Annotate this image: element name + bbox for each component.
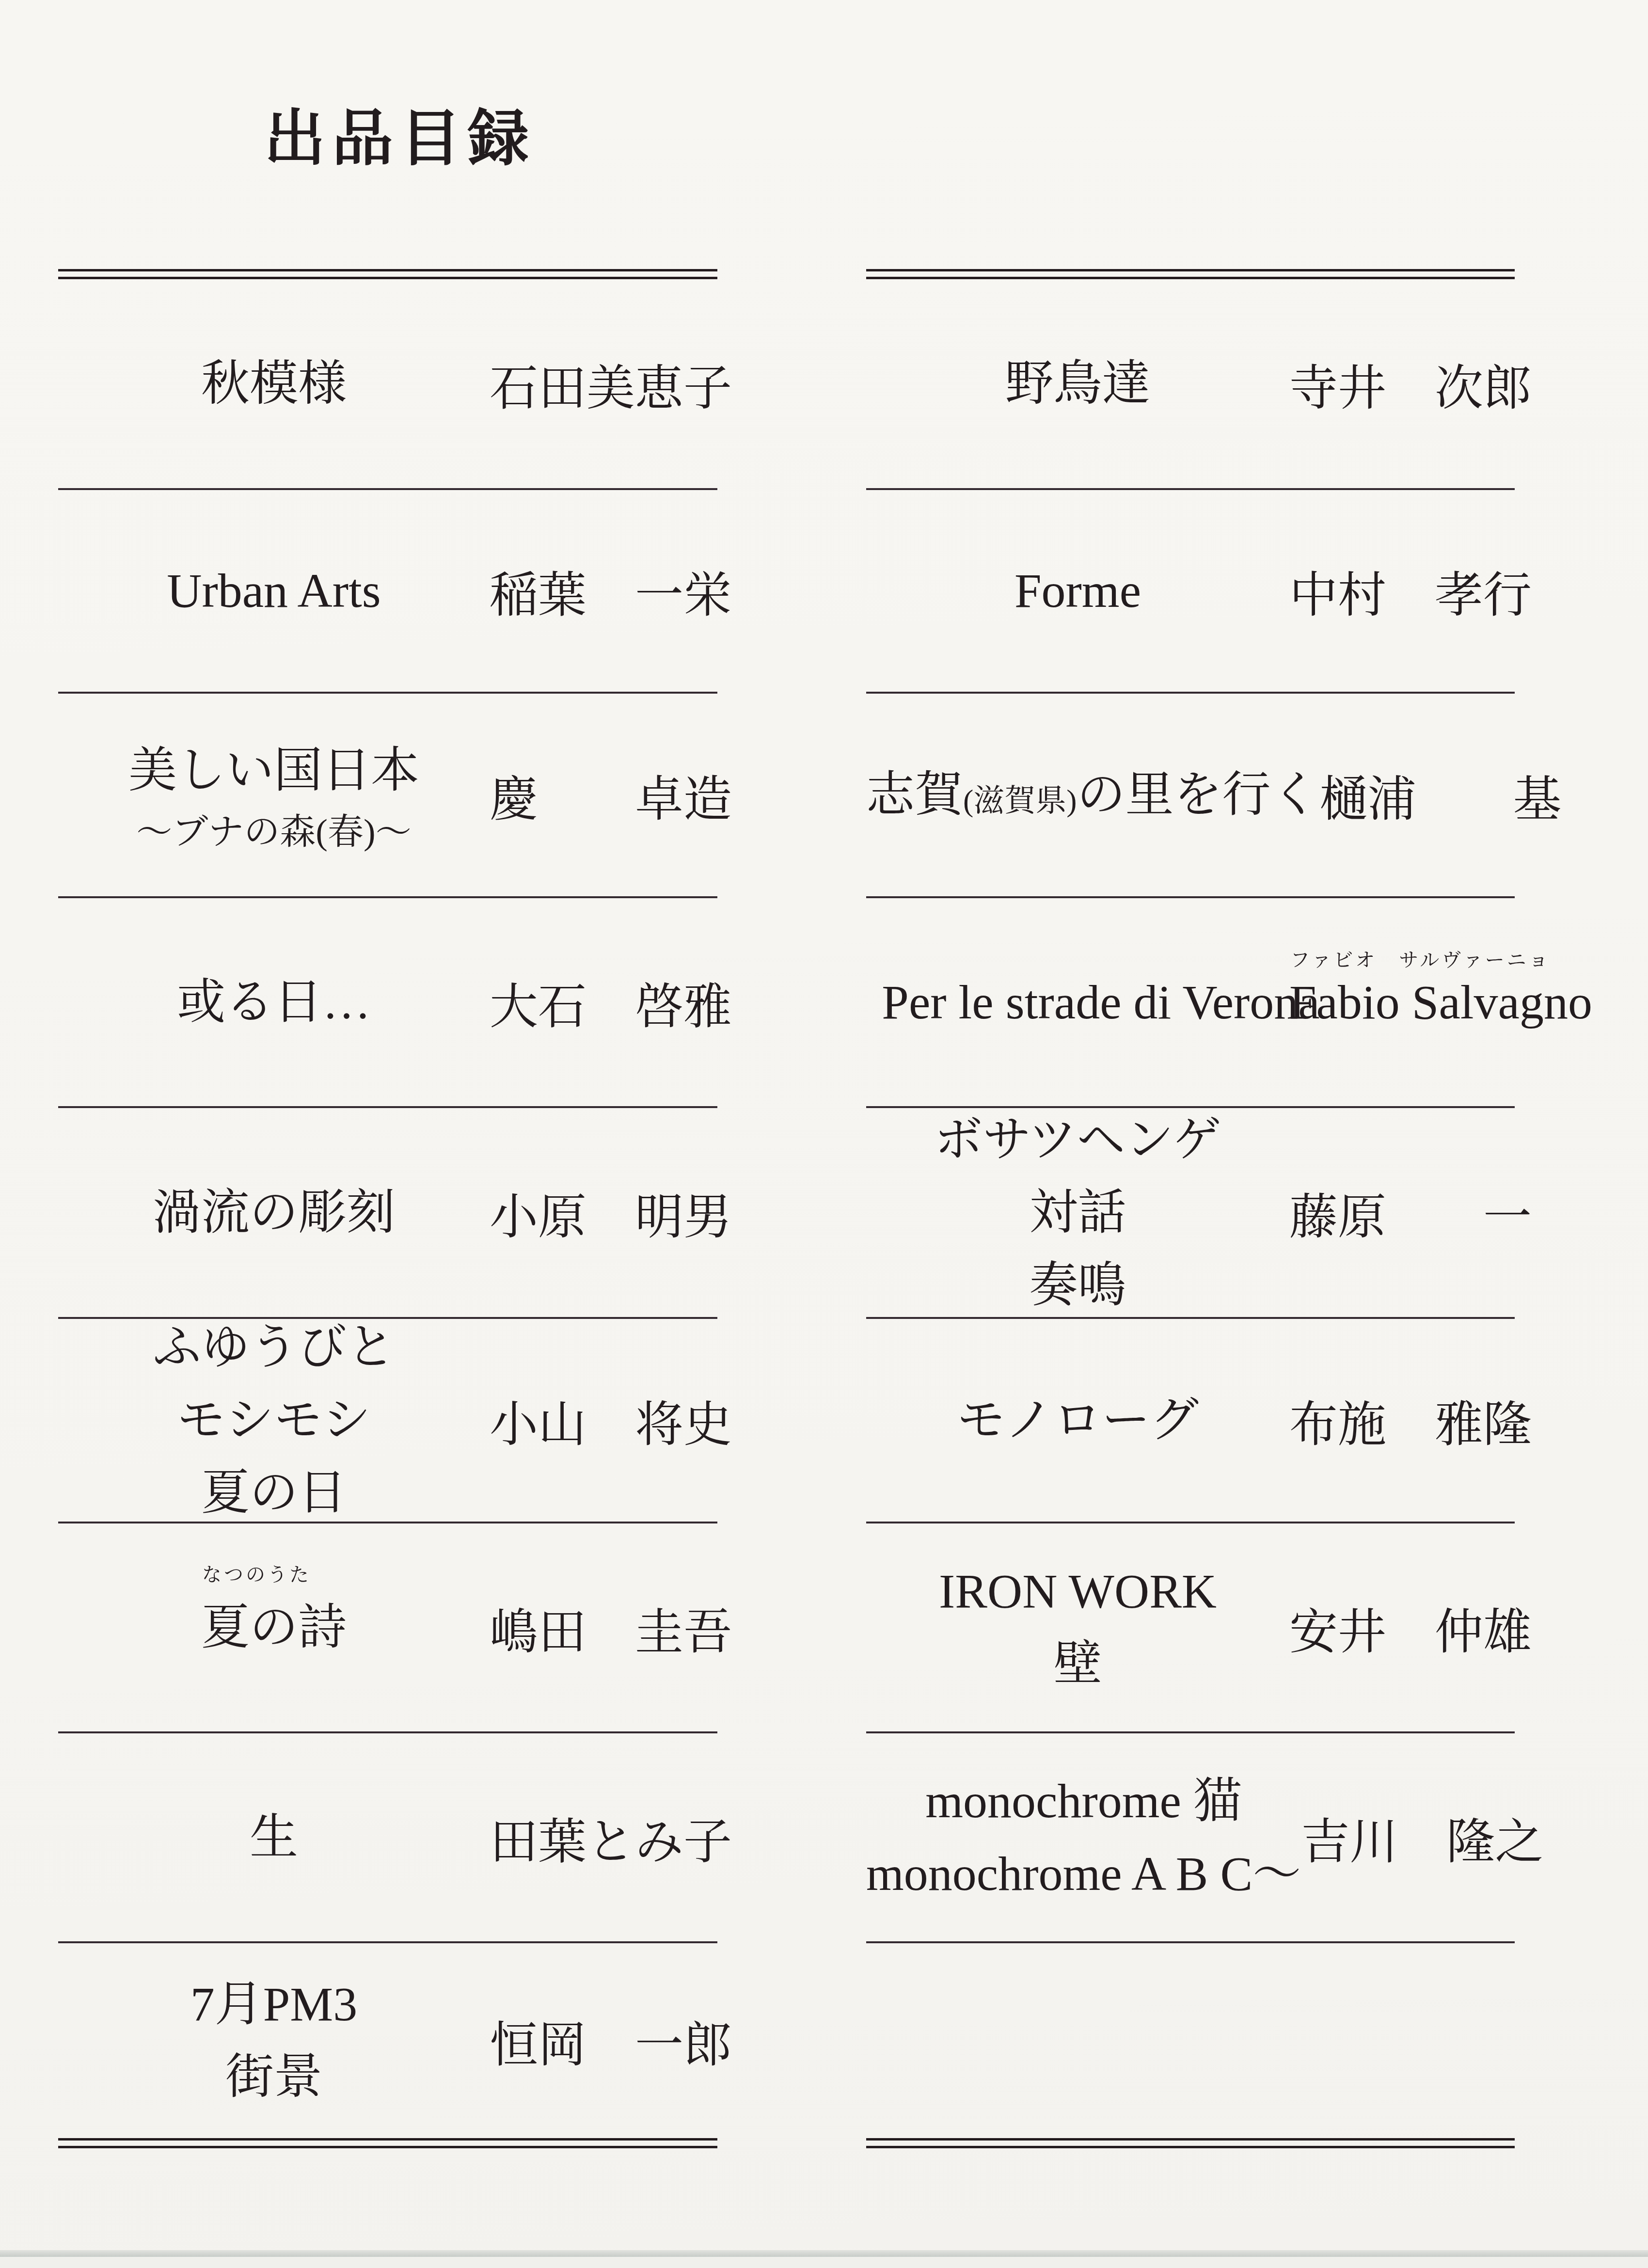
artwork-title: 生 — [250, 1801, 298, 1874]
artwork-title: Urban Arts — [167, 555, 381, 627]
artwork-subtitle: ～ブナの森(春)～ — [136, 809, 411, 856]
artwork-title: 夏の日 — [201, 1457, 347, 1529]
artwork-title: モシモシ — [177, 1384, 371, 1457]
catalog-row: IRON WORK 壁 安井 仲雄 — [866, 1523, 1515, 1733]
artwork-title: 渦流の彫刻 — [153, 1176, 395, 1249]
catalog-row: 野鳥達 寺井 次郎 — [866, 279, 1515, 490]
artwork-title: Per le strade di Verona — [882, 966, 1319, 1039]
catalog-row: モノローグ 布施 雅隆 — [866, 1319, 1515, 1523]
page-title: 出品目録 — [264, 90, 536, 177]
artwork-title: モノローグ — [957, 1384, 1199, 1457]
scanned-catalog-page: 出品目録 秋模様 石田美恵子 Urban Arts 稲葉 一栄 美しい国日本 ～… — [0, 0, 1648, 2268]
artwork-title: IRON WORK — [939, 1555, 1217, 1628]
artist-name: 安井 仲雄 — [1289, 1593, 1515, 1663]
table-bottom-rule — [58, 2138, 717, 2148]
table-top-rule — [58, 269, 717, 279]
artist-name: 寺井 次郎 — [1289, 349, 1515, 419]
catalog-row: 渦流の彫刻 小原 明男 — [58, 1108, 717, 1319]
artwork-title: 対話 — [1030, 1176, 1126, 1249]
artist-name: 樋浦 基 — [1319, 760, 1545, 830]
artwork-title: ボサツヘンゲ — [935, 1104, 1221, 1176]
artwork-title: monochrome 猫 — [925, 1765, 1242, 1838]
catalog-table-right: 野鳥達 寺井 次郎 Forme 中村 孝行 志賀(滋賀県)の里を行く 樋浦 基 … — [866, 269, 1515, 2148]
artwork-title: 奏鳴 — [1030, 1249, 1126, 1322]
artwork-title: 7月PM3 — [190, 1968, 358, 2041]
artist-name: Fabio Salvagno — [1289, 975, 1592, 1029]
artist-name: 稲葉 一栄 — [490, 556, 717, 626]
artist-name-furigana: ファビオ サルヴァーニョ — [1290, 945, 1551, 972]
artwork-title: monochrome A B C～ — [866, 1838, 1301, 1910]
catalog-table-left: 秋模様 石田美恵子 Urban Arts 稲葉 一栄 美しい国日本 ～ブナの森(… — [58, 269, 717, 2148]
artist-name: 田葉とみ子 — [490, 1803, 717, 1872]
catalog-row: なつのうた 夏の詩 嶋田 圭吾 — [58, 1523, 717, 1733]
catalog-row: monochrome 猫 monochrome A B C～ 吉川 隆之 — [866, 1733, 1515, 1943]
catalog-row: 秋模様 石田美恵子 — [58, 279, 717, 490]
catalog-row: 志賀(滋賀県)の里を行く 樋浦 基 — [866, 694, 1515, 898]
table-top-rule — [866, 269, 1515, 279]
table-bottom-rule — [866, 2138, 1515, 2148]
catalog-row-empty — [866, 1943, 1515, 2138]
artist-name: 藤原 一 — [1289, 1178, 1515, 1248]
artist-name: 慶 卓造 — [490, 760, 717, 830]
artwork-title: 秋模様 — [201, 348, 347, 420]
artist-name: 吉川 隆之 — [1301, 1803, 1526, 1872]
artist-name: 小原 明男 — [490, 1178, 717, 1248]
catalog-row: Forme 中村 孝行 — [866, 490, 1515, 694]
catalog-row: ボサツヘンゲ 対話 奏鳴 藤原 一 — [866, 1108, 1515, 1319]
artist-name: 石田美恵子 — [490, 349, 717, 419]
catalog-row: ふゆうびと モシモシ 夏の日 小山 将史 — [58, 1319, 717, 1523]
title-furigana: なつのうた — [202, 1560, 311, 1589]
catalog-row: Urban Arts 稲葉 一栄 — [58, 490, 717, 694]
artist-name: 中村 孝行 — [1289, 556, 1515, 626]
artist-name: 嶋田 圭吾 — [490, 1593, 717, 1663]
artwork-title: 街景 — [225, 2041, 322, 2113]
artwork-title: 志賀(滋賀県)の里を行く — [866, 759, 1319, 831]
catalog-row: 美しい国日本 ～ブナの森(春)～ 慶 卓造 — [58, 694, 717, 898]
artwork-title: 夏の詩 — [201, 1601, 347, 1654]
artist-name: 恒岡 一郎 — [490, 2006, 717, 2076]
scan-page-edge-shadow — [0, 2250, 1648, 2257]
artist-name-block: ファビオ サルヴァーニョ Fabio Salvagno — [1289, 974, 1515, 1030]
catalog-row: 7月PM3 街景 恒岡 一郎 — [58, 1943, 717, 2138]
artwork-title: 或る日… — [177, 966, 371, 1039]
artist-name: 布施 雅隆 — [1289, 1385, 1515, 1455]
artwork-title: 野鳥達 — [1005, 348, 1151, 420]
catalog-row: Per le strade di Verona ファビオ サルヴァーニョ Fab… — [866, 898, 1515, 1108]
artwork-title: 美しい国日本 — [128, 734, 419, 807]
artwork-title: ふゆうびと — [153, 1311, 395, 1384]
artist-name: 小山 将史 — [490, 1385, 717, 1455]
artwork-title: Forme — [1014, 555, 1141, 627]
catalog-row: 或る日… 大石 啓雅 — [58, 898, 717, 1108]
catalog-row: 生 田葉とみ子 — [58, 1733, 717, 1943]
artist-name: 大石 啓雅 — [490, 967, 717, 1037]
scan-bed-margin — [0, 2257, 1648, 2268]
artwork-title: 壁 — [1054, 1628, 1102, 1700]
